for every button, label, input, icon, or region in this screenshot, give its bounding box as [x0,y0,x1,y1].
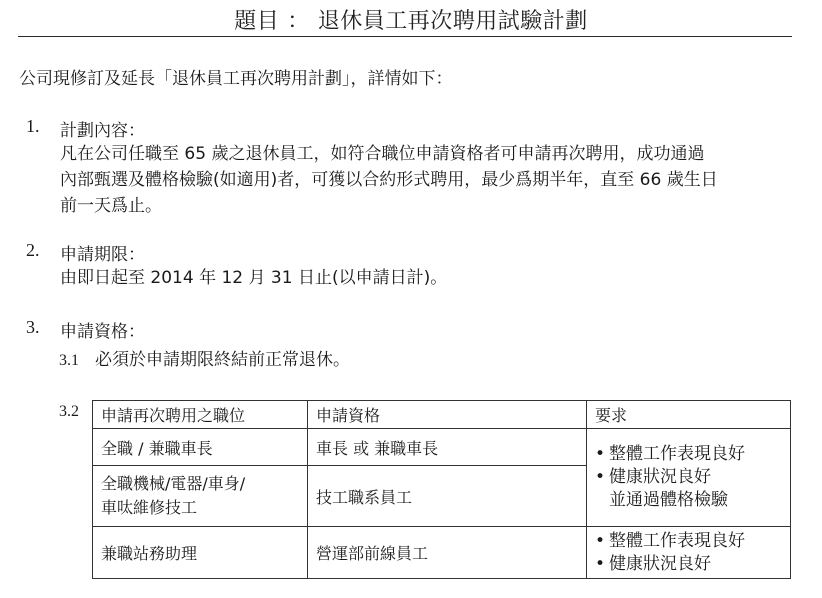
section-number: 2. [26,240,40,261]
requirement-item: •整體工作表現良好 [595,443,790,466]
title-separator: ： [287,9,310,34]
table-row: 全職 / 兼職車長 車長 或 兼職車長 •整體工作表現良好 •健康狀況良好 並通… [93,429,791,466]
section-body: 凡在公司任職至 65 歲之退休員工，如符合職位申請資格者可申請再次聘用，成功通過… [60,141,790,219]
subsection-3-1: 3.1必須於申請期限終結前正常退休。 [59,345,350,370]
bullet-icon: • [595,553,609,576]
subsection-3-2-number: 3.2 [59,403,95,421]
section-heading: 計劃內容： [60,116,145,141]
cell-requirements: •整體工作表現良好 •健康狀況良好 [587,527,791,579]
subsection-number: 3.1 [59,352,95,370]
header-qualification: 申請資格 [308,401,587,429]
section-number: 3. [26,317,40,338]
cell-qualification: 技工職系員工 [308,466,587,527]
title-label: 題目 [234,9,279,34]
requirement-item: •整體工作表現良好 [595,530,790,553]
cell-qualification: 營運部前線員工 [308,527,587,579]
table-header-row: 申請再次聘用之職位 申請資格 要求 [93,401,791,429]
subsection-text: 必須於申請期限終結前正常退休。 [95,350,350,370]
document-title: 題目：退休員工再次聘用試驗計劃 [0,4,822,35]
cell-qualification: 車長 或 兼職車長 [308,429,587,466]
section-body: 由即日起至 2014 年 12 月 31 日止(以申請日計)。 [60,265,790,291]
cell-position: 全職機械/電器/車身/ 車呔維修技工 [93,466,308,527]
title-underline [18,36,792,37]
requirements-list: •整體工作表現良好 •健康狀況良好 [595,530,790,576]
requirements-list: •整體工作表現良好 •健康狀況良好 並通過體格檢驗 [595,443,790,512]
bullet-icon: • [595,530,609,553]
bullet-icon: • [595,443,609,466]
header-requirements: 要求 [587,401,791,429]
title-text: 退休員工再次聘用試驗計劃 [318,9,588,34]
cell-position: 兼職站務助理 [93,527,308,579]
requirement-item: •健康狀況良好 並通過體格檢驗 [595,466,790,512]
section-number: 1. [26,116,40,137]
intro-paragraph: 公司現修訂及延長「退休員工再次聘用計劃」，詳情如下： [19,64,453,89]
cell-requirements: •整體工作表現良好 •健康狀況良好 並通過體格檢驗 [587,429,791,527]
section-heading: 申請資格： [60,317,145,342]
body-line: 凡在公司任職至 65 歲之退休員工，如符合職位申請資格者可申請再次聘用，成功通過 [60,141,790,167]
body-line: 內部甄選及體格檢驗(如適用)者，可獲以合約形式聘用，最少爲期半年，直至 66 歲… [60,167,790,193]
body-line: 前一天爲止。 [60,193,790,219]
bullet-icon: • [595,466,609,489]
requirement-continuation: 並通過體格檢驗 [595,489,790,512]
cell-position: 全職 / 兼職車長 [93,429,308,466]
section-heading: 申請期限： [60,240,145,265]
header-position: 申請再次聘用之職位 [93,401,308,429]
table-row: 兼職站務助理 營運部前線員工 •整體工作表現良好 •健康狀況良好 [93,527,791,579]
requirement-item: •健康狀況良好 [595,553,790,576]
eligibility-table: 申請再次聘用之職位 申請資格 要求 全職 / 兼職車長 車長 或 兼職車長 •整… [92,400,791,579]
body-line: 由即日起至 2014 年 12 月 31 日止(以申請日計)。 [60,265,790,291]
